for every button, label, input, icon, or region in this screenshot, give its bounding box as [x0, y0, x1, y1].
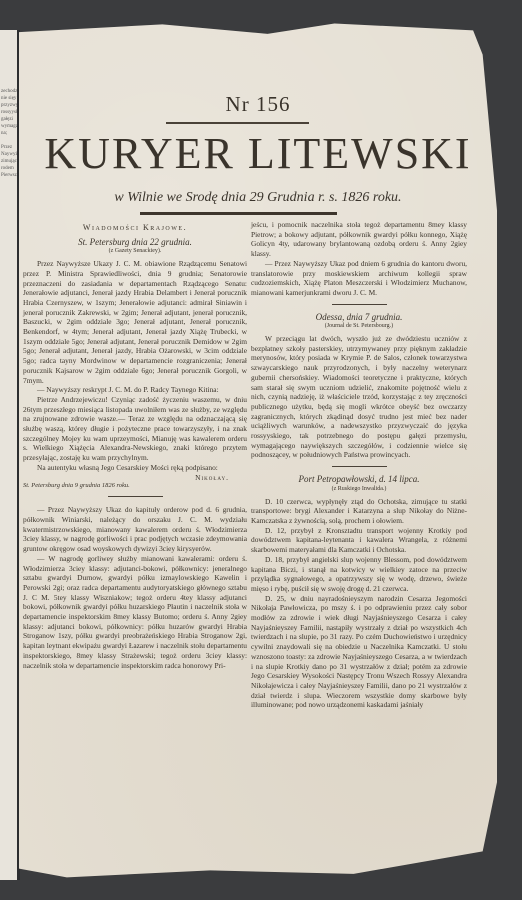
- stub-line: Naywyż: [1, 151, 17, 158]
- article-paragraph: jeścu, i pomocnik naczelnika stoła tegoż…: [251, 220, 467, 259]
- issue-number: Nr 156: [19, 92, 497, 117]
- stub-line: Przez: [1, 144, 17, 151]
- newspaper-title: KURYER LITEWSKI: [19, 128, 497, 179]
- section-divider: [332, 466, 387, 467]
- stub-line: gałęzi: [1, 116, 17, 123]
- adjacent-page-text: zechodzą nie sięy przyzwycz rossyyska ga…: [0, 30, 17, 179]
- dispatch-source: (z Gazety Senackiey).: [23, 247, 247, 257]
- dispatch-place: Port Petropawłowski, d. 14 lipca.: [251, 475, 467, 485]
- dispatch-place: Odessa, dnia 7 grudnia.: [251, 313, 467, 323]
- stub-line: zechodzą: [1, 88, 17, 95]
- article-paragraph: Na autentyku własną Jego Cesarskiey Mośc…: [23, 463, 247, 473]
- article-paragraph: D. 25, w dniu nayradośnieyszym narodzin …: [251, 594, 467, 710]
- dispatch-source: (z Ruskiego Inwalida.): [251, 485, 467, 495]
- stub-line: Pierwszy: [1, 172, 17, 179]
- masthead-rule-bottom: [140, 212, 337, 215]
- masthead-rule-top: [166, 122, 309, 124]
- article-paragraph: Pietrze Andrzejewiczu! Czyniąc zadość ży…: [23, 395, 247, 463]
- adjacent-page-edge: zechodzą nie sięy przyzwycz rossyyska ga…: [0, 30, 20, 880]
- article-paragraph: Przez Naywyższe Ukazy J. C. M. obiawione…: [23, 259, 247, 385]
- dispatch-place: St. Petersburg dnia 22 grudnia.: [23, 238, 247, 248]
- article-paragraph: D. 10 czerwca, wypłynęły ztąd do Ochotsk…: [251, 497, 467, 526]
- signature: Nikołay.: [23, 473, 229, 483]
- article-paragraph: W przeciągu lat dwóch, wyszło już ze dwó…: [251, 334, 467, 460]
- article-paragraph: — Przez Naywyższy Ukaz do kapituły order…: [23, 505, 247, 554]
- article-paragraph: D. 12, przybył z Kronsztadtu transport w…: [251, 526, 467, 555]
- right-column: jeścu, i pomocnik naczelnika stoła tegoż…: [251, 220, 467, 710]
- section-heading: Wiadomości Krajowe.: [23, 223, 247, 233]
- section-divider: [108, 496, 163, 497]
- left-column: Wiadomości Krajowe. St. Petersburg dnia …: [23, 220, 247, 670]
- newspaper-page: Nr 156 KURYER LITEWSKI w Wilnie we Srodę…: [19, 20, 497, 886]
- signed-place-date: St. Petersburg dnia 9 grudnia 1826 roku.: [23, 482, 247, 490]
- stub-line: zimujące: [1, 158, 17, 165]
- article-paragraph: — Przez Naywyższy Ukaz pod dniem 6 grudn…: [251, 259, 467, 298]
- stub-line: na;: [1, 130, 17, 137]
- dateline: w Wilnie we Srodę dnia 29 Grudnia r. s. …: [19, 190, 497, 206]
- section-divider: [332, 304, 387, 305]
- stub-line: rodem: [1, 165, 17, 172]
- stub-line: przyzwycz: [1, 102, 17, 109]
- article-paragraph: — W nagrodę gorliwey służby mianowani ka…: [23, 554, 247, 670]
- dispatch-source: (Journal de St. Petersbourg.): [251, 322, 467, 332]
- article-paragraph: — Naywyższy reskrypt J. C. M. do P. Radc…: [23, 385, 247, 395]
- stub-line: nie sięy: [1, 95, 17, 102]
- stub-line: wymagaj: [1, 123, 17, 130]
- stub-line: rossyyska: [1, 109, 17, 116]
- article-paragraph: D. 18, przybył angielski slup wojenny Bl…: [251, 555, 467, 594]
